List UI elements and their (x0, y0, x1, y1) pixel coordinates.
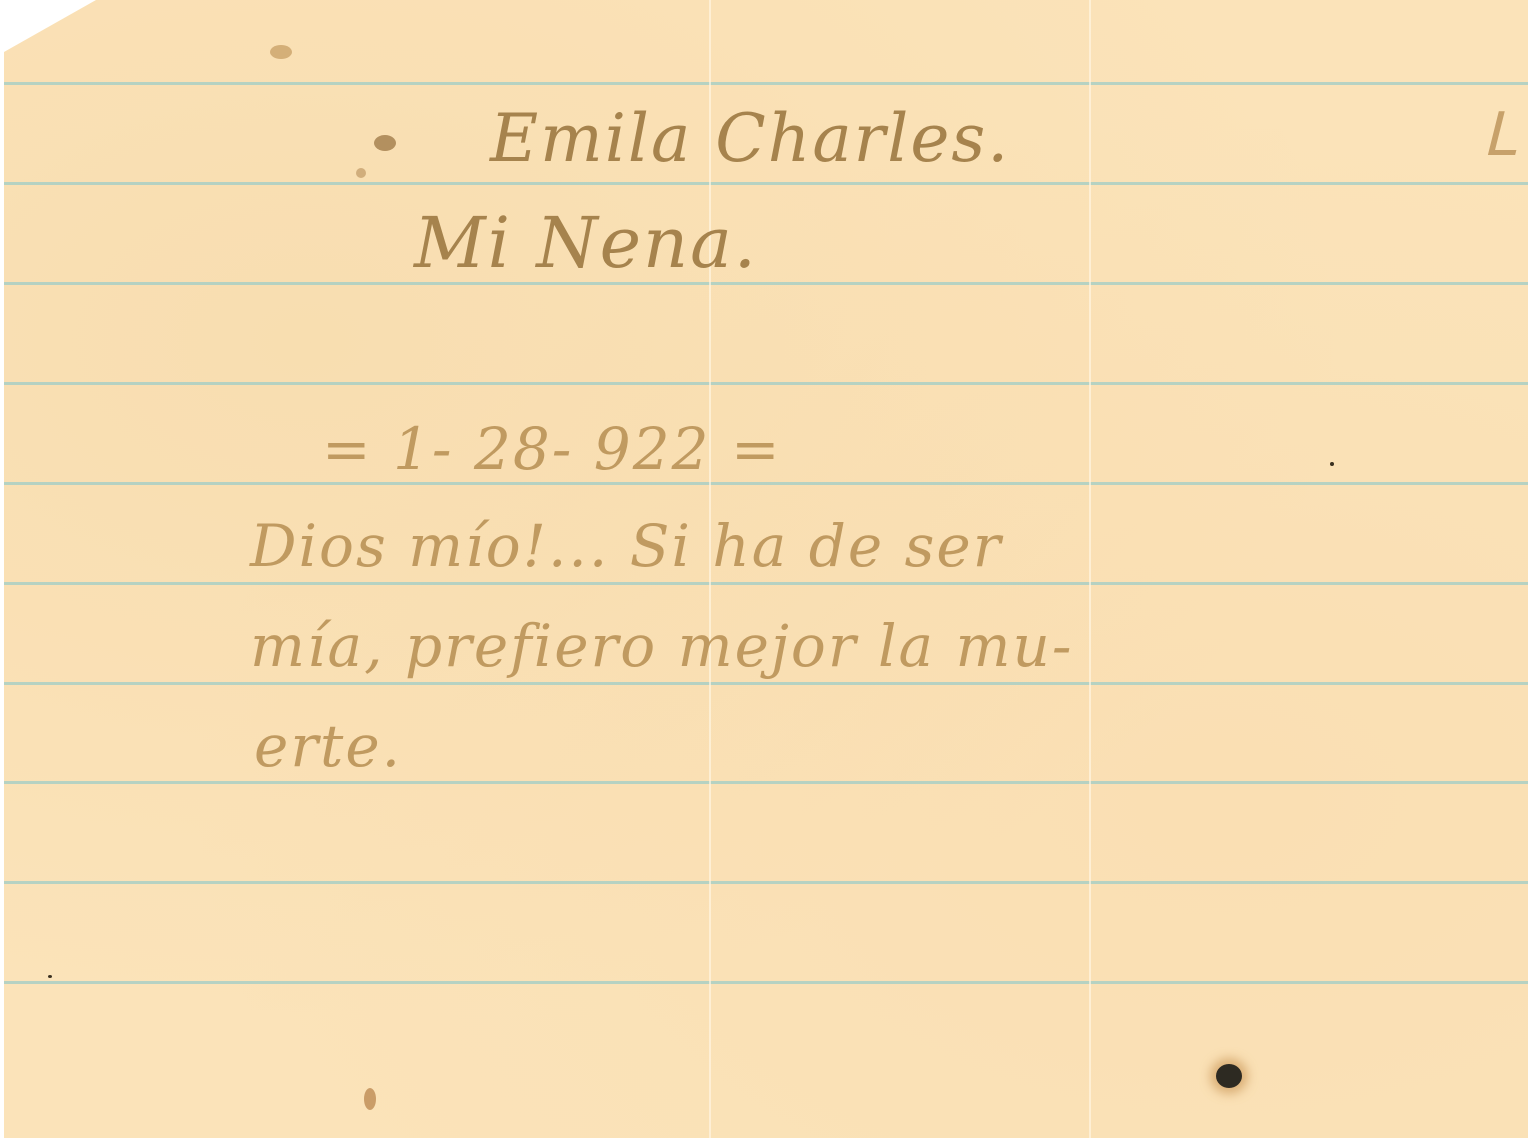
ruled-line (4, 881, 1528, 884)
ink-stain (364, 1088, 376, 1110)
ruled-line (4, 981, 1528, 984)
ruled-line (4, 182, 1528, 185)
ink-stain (48, 975, 52, 978)
body-line-2: mía, prefiero mejor la mu- (250, 612, 1074, 680)
heading-name: Emila Charles. (490, 100, 1010, 177)
ruled-paper-sheet: Emila Charles. Mi Nena. = 1- 28- 922 = D… (4, 0, 1528, 1138)
ruled-line (4, 82, 1528, 85)
ink-stain (374, 135, 396, 151)
body-line-3: erte. (254, 712, 402, 780)
ink-stain (270, 45, 292, 59)
ruled-line (4, 682, 1528, 685)
ruled-line (4, 781, 1528, 784)
burn-mark (1216, 1064, 1242, 1088)
fold-crease (1089, 0, 1091, 1138)
ruled-line (4, 382, 1528, 385)
salutation: Mi Nena. (414, 202, 758, 284)
ink-stain (1330, 462, 1334, 466)
ruled-line (4, 582, 1528, 585)
edge-pen-mark: ᒪ (1482, 100, 1515, 170)
ink-stain (356, 168, 366, 178)
date: = 1- 28- 922 = (322, 415, 782, 483)
body-line-1: Dios mío!... Si ha de ser (250, 512, 1003, 580)
ruled-line (4, 282, 1528, 285)
